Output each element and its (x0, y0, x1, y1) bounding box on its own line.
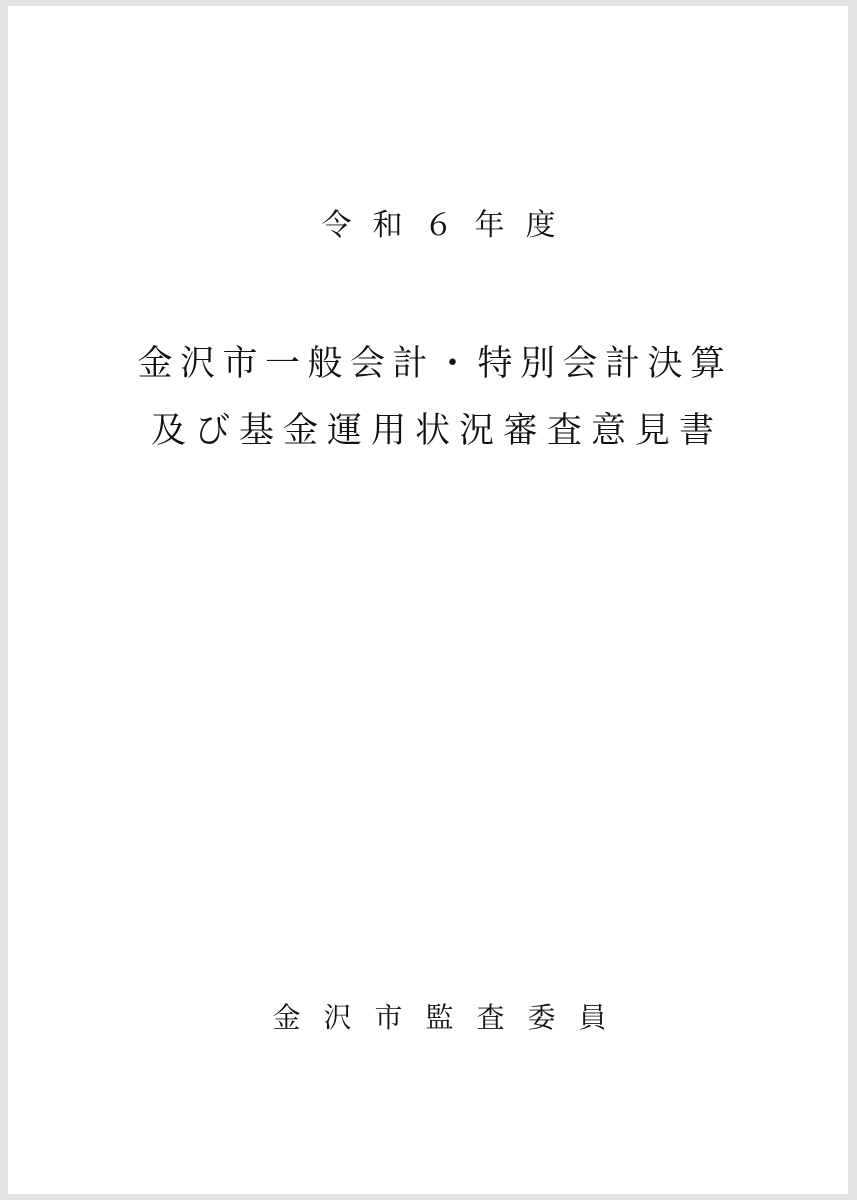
fiscal-year-heading: 令和６年度 (8, 211, 857, 241)
document-page: 令和６年度 金沢市一般会計・特別会計決算 及び基金運用状況審査意見書 金沢市監査… (8, 6, 848, 1194)
document-title-line-2: 及び基金運用状況審査意見書 (8, 414, 857, 449)
issuer-name: 金沢市監査委員 (8, 1004, 857, 1032)
document-title-line-1: 金沢市一般会計・特別会計決算 (8, 347, 855, 382)
